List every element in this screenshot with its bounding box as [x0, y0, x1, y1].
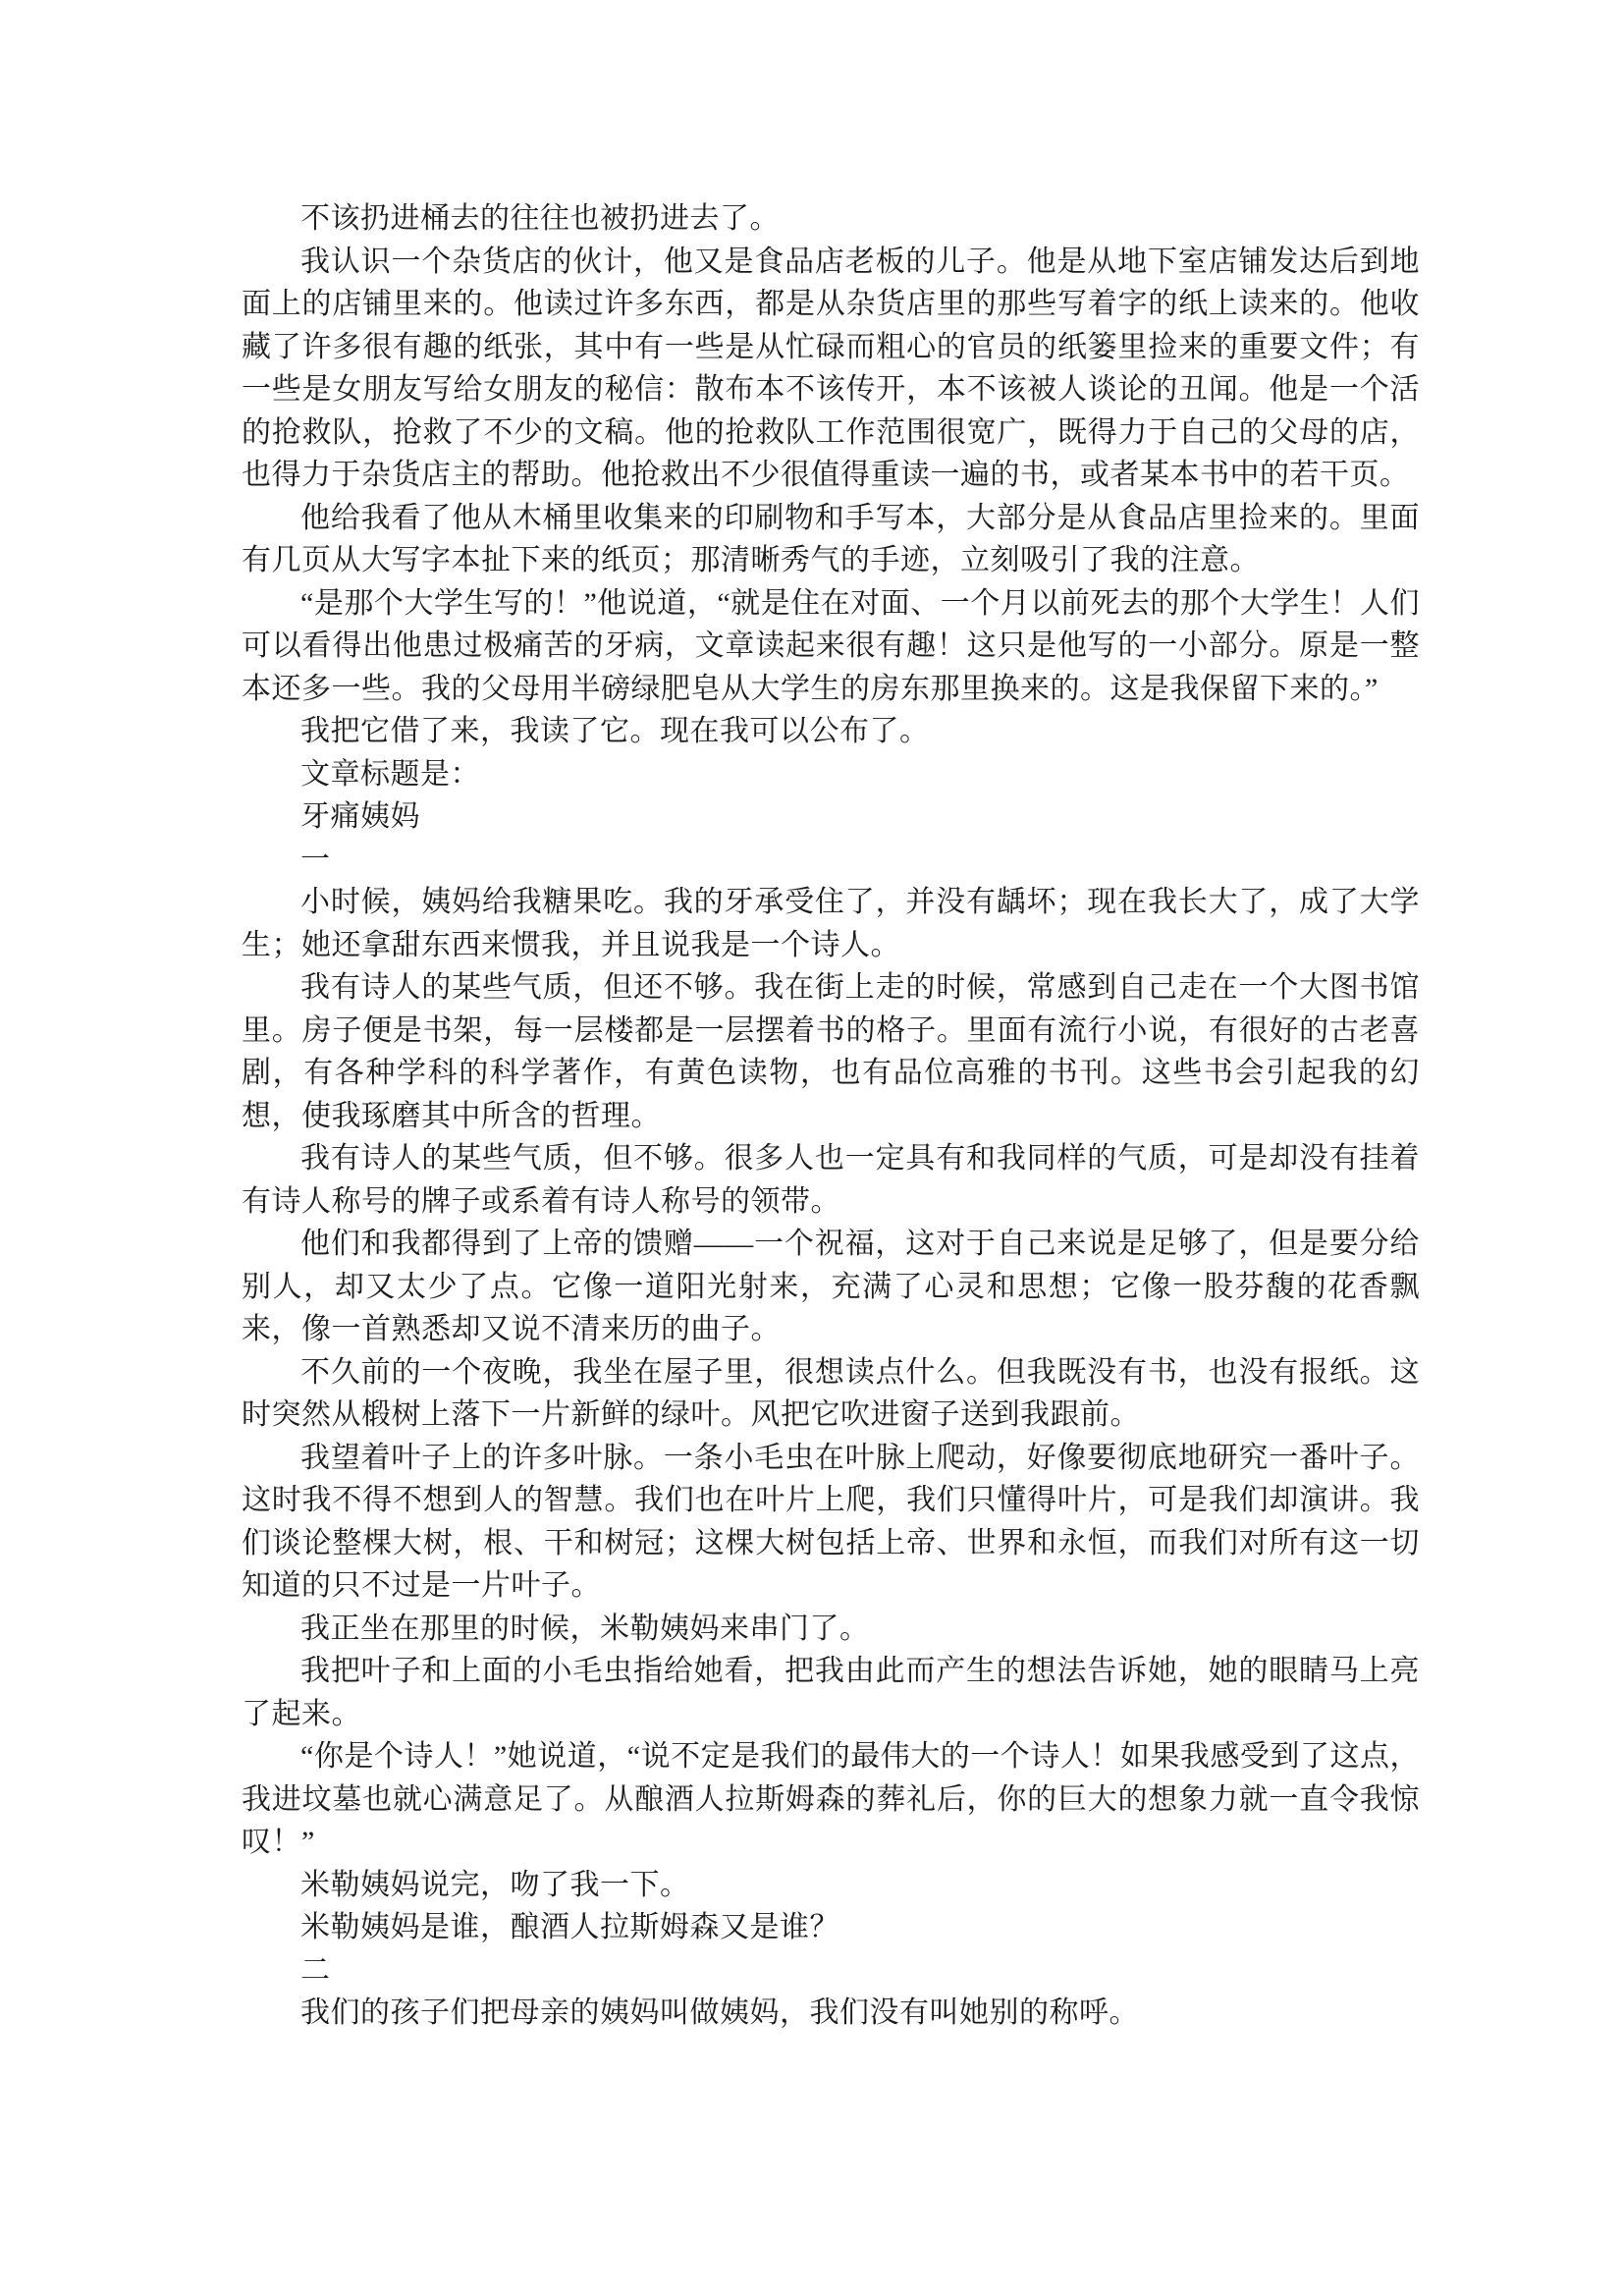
paragraph: 小时候，姨妈给我糖果吃。我的牙承受住了，并没有龋坏；现在我长大了，成了大学生；她… — [242, 881, 1420, 966]
paragraph: 我望着叶子上的许多叶脉。一条小毛虫在叶脉上爬动，好像要彻底地研究一番叶子。这时我… — [242, 1437, 1420, 1608]
paragraph: 米勒姨妈是谁，酿酒人拉斯姆森又是谁？ — [242, 1906, 1420, 1949]
article-title: 牙痛姨妈 — [242, 795, 1420, 839]
paragraph: 不久前的一个夜晚，我坐在屋子里，很想读点什么。但我既没有书，也没有报纸。这时突然… — [242, 1351, 1420, 1437]
paragraph: 不该扔进桶去的往往也被扔进去了。 — [242, 197, 1420, 241]
paragraph: 他给我看了他从木桶里收集来的印刷物和手写本，大部分是从食品店里捡来的。里面有几页… — [242, 497, 1420, 582]
section-marker-two: 二 — [242, 1949, 1420, 1993]
paragraph: 我有诗人的某些气质，但还不够。我在街上走的时候，常感到自己走在一个大图书馆里。房… — [242, 966, 1420, 1137]
paragraph: 我正坐在那里的时候，米勒姨妈来串门了。 — [242, 1608, 1420, 1651]
paragraph: 米勒姨妈说完，吻了我一下。 — [242, 1864, 1420, 1907]
paragraph: 我们的孩子们把母亲的姨妈叫做姨妈，我们没有叫她别的称呼。 — [242, 1992, 1420, 2035]
paragraph: “是那个大学生写的！”他说道，“就是住在对面、一个月以前死去的那个大学生！人们可… — [242, 582, 1420, 711]
article-title-lead-in: 文章标题是： — [242, 753, 1420, 796]
paragraph: 我把它借了来，我读了它。现在我可以公布了。 — [242, 710, 1420, 753]
paragraph: 我认识一个杂货店的伙计，他又是食品店老板的儿子。他是从地下室店铺发达后到地面上的… — [242, 241, 1420, 497]
section-marker-one: 一 — [242, 839, 1420, 882]
paragraph: 我有诗人的某些气质，但不够。很多人也一定具有和我同样的气质，可是却没有挂着有诗人… — [242, 1137, 1420, 1223]
paragraph: 他们和我都得到了上帝的馈赠——一个祝福，这对于自己来说是足够了，但是要分给别人，… — [242, 1223, 1420, 1351]
document-page: 不该扔进桶去的往往也被扔进去了。 我认识一个杂货店的伙计，他又是食品店老板的儿子… — [0, 0, 1623, 2296]
text-block: 不该扔进桶去的往往也被扔进去了。 我认识一个杂货店的伙计，他又是食品店老板的儿子… — [242, 197, 1420, 2035]
paragraph: 我把叶子和上面的小毛虫指给她看，把我由此而产生的想法告诉她，她的眼睛马上亮了起来… — [242, 1650, 1420, 1735]
paragraph: “你是个诗人！”她说道，“说不定是我们的最伟大的一个诗人！如果我感受到了这点，我… — [242, 1735, 1420, 1864]
